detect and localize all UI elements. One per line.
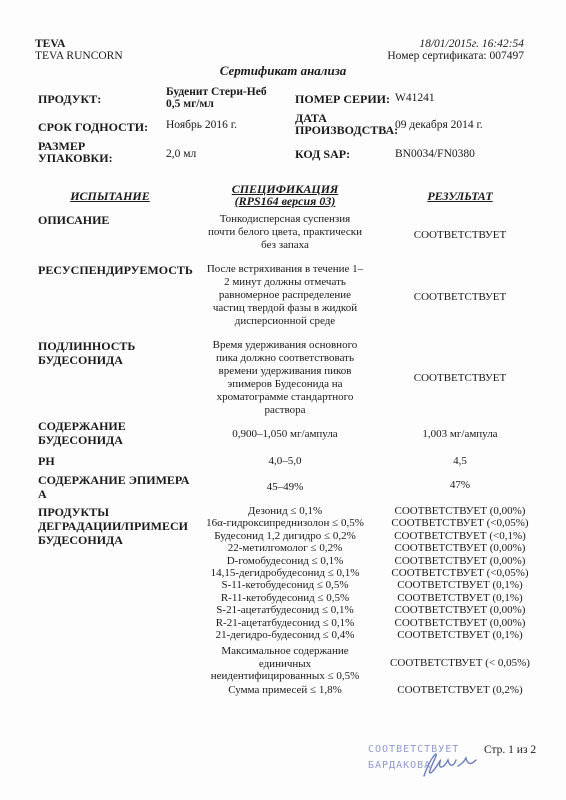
spec-line: времени удерживания пиков (195, 365, 375, 378)
mfg-date-value: 09 декабря 2014 г. (395, 119, 483, 131)
impurity-spec: 21-дегидро-будесонид ≤ 0,4% (195, 629, 375, 641)
impurity-row: R-11-кетобудесонид ≤ 0,5%СООТВЕТСТВУЕТ (… (0, 592, 566, 604)
pack-size-value: 2,0 мл (166, 148, 196, 160)
document-title: Сертификат анализа (0, 63, 566, 79)
column-header-spec-line2: (RPS164 версия 03) (195, 195, 375, 207)
result-ph: 4,5 (380, 455, 540, 468)
result-epimer-a: 47% (380, 479, 540, 492)
spec-line: хроматограмме стандартного (195, 391, 375, 404)
impurity-spec: Будесонид 1,2 дигидро ≤ 0,2% (195, 530, 375, 542)
spec-epimer-a: 45–49% (195, 481, 375, 494)
impurity-result: СООТВЕТСТВУЕТ (0,00%) (380, 555, 540, 567)
impurity-row: Дезонид ≤ 0,1%СООТВЕТСТВУЕТ (0,00%) (0, 505, 566, 517)
impurity-row: 22-метилгомолог ≤ 0,2%СООТВЕТСТВУЕТ (0,0… (0, 542, 566, 554)
pack-size-label: РАЗМЕР УПАКОВКИ: (38, 140, 113, 164)
impurity-row: 21-дегидро-будесонид ≤ 0,4%СООТВЕТСТВУЕТ… (0, 629, 566, 641)
result-description: СООТВЕТСТВУЕТ (380, 229, 540, 242)
test-identity: ПОДЛИННОСТЬ БУДЕСОНИДА (38, 339, 135, 367)
mfg-date-label: ДАТА ПРОИЗВОДСТВА: (295, 112, 398, 136)
spec-line: дисперсионной среде (195, 315, 375, 328)
spec-total-impurities: Сумма примесей ≤ 1,8% (195, 684, 375, 697)
batch-label: ПОМЕР СЕРИИ: (295, 93, 390, 105)
impurity-spec: 14,15-дегидробудесонид ≤ 0,1% (195, 567, 375, 579)
impurity-row: R-21-ацетатбудесонид ≤ 0,1%СООТВЕТСТВУЕТ… (0, 617, 566, 629)
impurity-spec: Дезонид ≤ 0,1% (195, 505, 375, 517)
impurity-result: СООТВЕТСТВУЕТ (0,1%) (380, 579, 540, 591)
spec-max-single-impurity: Максимальное содержание единичных неиден… (195, 645, 375, 683)
column-header-test: ИСПЫТАНИЕ (60, 190, 160, 202)
company-site: TEVA RUNCORN (35, 50, 123, 62)
certificate-info: 18/01/2015г. 16:42:54 Номер сертификата:… (387, 38, 524, 62)
signature-icon (420, 748, 480, 780)
spec-line: Тонкодисперсная суспензия (195, 213, 375, 226)
impurity-result: СООТВЕТСТВУЕТ (0,00%) (380, 617, 540, 629)
test-name-line: БУДЕСОНИДА (38, 353, 135, 367)
result-max-single-impurity: СООТВЕТСТВУЕТ (< 0,05%) (380, 657, 540, 670)
impurity-result: СООТВЕТСТВУЕТ (<0,05%) (380, 517, 540, 529)
impurity-row: S-21-ацетатбудесонид ≤ 0,1%СООТВЕТСТВУЕТ… (0, 604, 566, 616)
print-datetime: 18/01/2015г. 16:42:54 (387, 38, 524, 50)
impurity-result: СООТВЕТСТВУЕТ (0,1%) (380, 592, 540, 604)
impurity-spec: 22-метилгомолог ≤ 0,2% (195, 542, 375, 554)
product-value: Буденит Стери-Неб 0,5 мг/мл (166, 86, 267, 110)
mfg-date-label-line2: ПРОИЗВОДСТВА: (295, 124, 398, 136)
batch-value: W41241 (395, 92, 435, 104)
spec-line: Время удерживания основного (195, 339, 375, 352)
spec-line: равномерное распределение (195, 289, 375, 302)
test-name-line: ПОДЛИННОСТЬ (38, 339, 135, 353)
company-name: TEVA (35, 38, 123, 50)
spec-line: эпимеров Будесонида на (195, 378, 375, 391)
impurity-result: СООТВЕТСТВУЕТ (0,00%) (380, 505, 540, 517)
certificate-number: Номер сертификата: 007497 (387, 50, 524, 62)
impurity-result: СООТВЕТСТВУЕТ (<0,05%) (380, 567, 540, 579)
spec-identity: Время удерживания основного пика должно … (195, 339, 375, 417)
impurity-result: СООТВЕТСТВУЕТ (0,00%) (380, 604, 540, 616)
impurity-spec: S-21-ацетатбудесонид ≤ 0,1% (195, 604, 375, 616)
result-identity: СООТВЕТСТВУЕТ (380, 372, 540, 385)
impurity-result: СООТВЕТСТВУЕТ (<0,1%) (380, 530, 540, 542)
spec-line: Максимальное содержание (195, 645, 375, 658)
spec-line: 2 минут должны отмечать (195, 276, 375, 289)
test-name-line: БУДЕСОНИДА (38, 433, 126, 447)
impurity-row: 14,15-дегидробудесонид ≤ 0,1%СООТВЕТСТВУ… (0, 567, 566, 579)
impurity-row: D-гомобудесонид ≤ 0,1%СООТВЕТСТВУЕТ (0,0… (0, 555, 566, 567)
test-assay: СОДЕРЖАНИЕ БУДЕСОНИДА (38, 419, 126, 447)
spec-assay: 0,900–1,050 мг/ампула (195, 428, 375, 441)
column-header-spec: СПЕЦИФИКАЦИЯ (RPS164 версия 03) (195, 183, 375, 207)
impurity-spec: 16α-гидроксипреднизолон ≤ 0,5% (195, 517, 375, 529)
spec-line: пика должно соответствовать (195, 352, 375, 365)
spec-line: неидентифицированных ≤ 0,5% (195, 670, 375, 683)
test-name-line: СОДЕРЖАНИЕ ЭПИМЕРА (38, 473, 189, 487)
expiry-label: СРОК ГОДНОСТИ: (38, 121, 148, 133)
company-block: TEVA TEVA RUNCORN (35, 38, 123, 62)
impurity-row: S-11-кетобудесонид ≤ 0,5%СООТВЕТСТВУЕТ (… (0, 579, 566, 591)
column-header-result: РЕЗУЛЬТАТ (380, 190, 540, 202)
sap-code-value: BN0034/FN0380 (395, 148, 475, 160)
sap-code-label: КОД SAP: (295, 148, 350, 160)
spec-line: почти белого цвета, практически (195, 226, 375, 239)
product-name: Буденит Стери-Неб (166, 86, 267, 98)
impurity-result: СООТВЕТСТВУЕТ (0,00%) (380, 542, 540, 554)
impurity-row: 16α-гидроксипреднизолон ≤ 0,5%СООТВЕТСТВ… (0, 517, 566, 529)
impurity-spec: R-21-ацетатбудесонид ≤ 0,1% (195, 617, 375, 629)
spec-line: частиц твердой фазы в жидкой (195, 302, 375, 315)
result-resuspendability: СООТВЕТСТВУЕТ (380, 291, 540, 304)
result-assay: 1,003 мг/ампула (380, 428, 540, 441)
spec-resuspendability: После встряхивания в течение 1– 2 минут … (195, 263, 375, 328)
test-name-line: А (38, 487, 189, 501)
spec-line: раствора (195, 404, 375, 417)
expiry-value: Ноябрь 2016 г. (166, 119, 237, 131)
spec-line: единичных (195, 658, 375, 671)
impurity-spec: R-11-кетобудесонид ≤ 0,5% (195, 592, 375, 604)
impurity-result: СООТВЕТСТВУЕТ (0,1%) (380, 629, 540, 641)
spec-line: После встряхивания в течение 1– (195, 263, 375, 276)
product-label: ПРОДУКТ: (38, 93, 101, 105)
page-number: Стр. 1 из 2 (484, 744, 536, 756)
impurity-spec: S-11-кетобудесонид ≤ 0,5% (195, 579, 375, 591)
test-epimer-a: СОДЕРЖАНИЕ ЭПИМЕРА А (38, 473, 189, 501)
impurity-spec: D-гомобудесонид ≤ 0,1% (195, 555, 375, 567)
impurity-row: Будесонид 1,2 дигидро ≤ 0,2%СООТВЕТСТВУЕ… (0, 530, 566, 542)
test-description: ОПИСАНИЕ (38, 213, 109, 227)
test-name-line: СОДЕРЖАНИЕ (38, 419, 126, 433)
test-ph: PH (38, 454, 55, 468)
pack-size-label-line2: УПАКОВКИ: (38, 152, 113, 164)
test-resuspendability: РЕСУСПЕНДИРУЕМОСТЬ (38, 263, 193, 277)
result-total-impurities: СООТВЕТСТВУЕТ (0,2%) (380, 684, 540, 697)
product-strength: 0,5 мг/мл (166, 98, 267, 110)
spec-description: Тонкодисперсная суспензия почти белого ц… (195, 213, 375, 252)
spec-ph: 4,0–5,0 (195, 455, 375, 468)
spec-line: без запаха (195, 239, 375, 252)
